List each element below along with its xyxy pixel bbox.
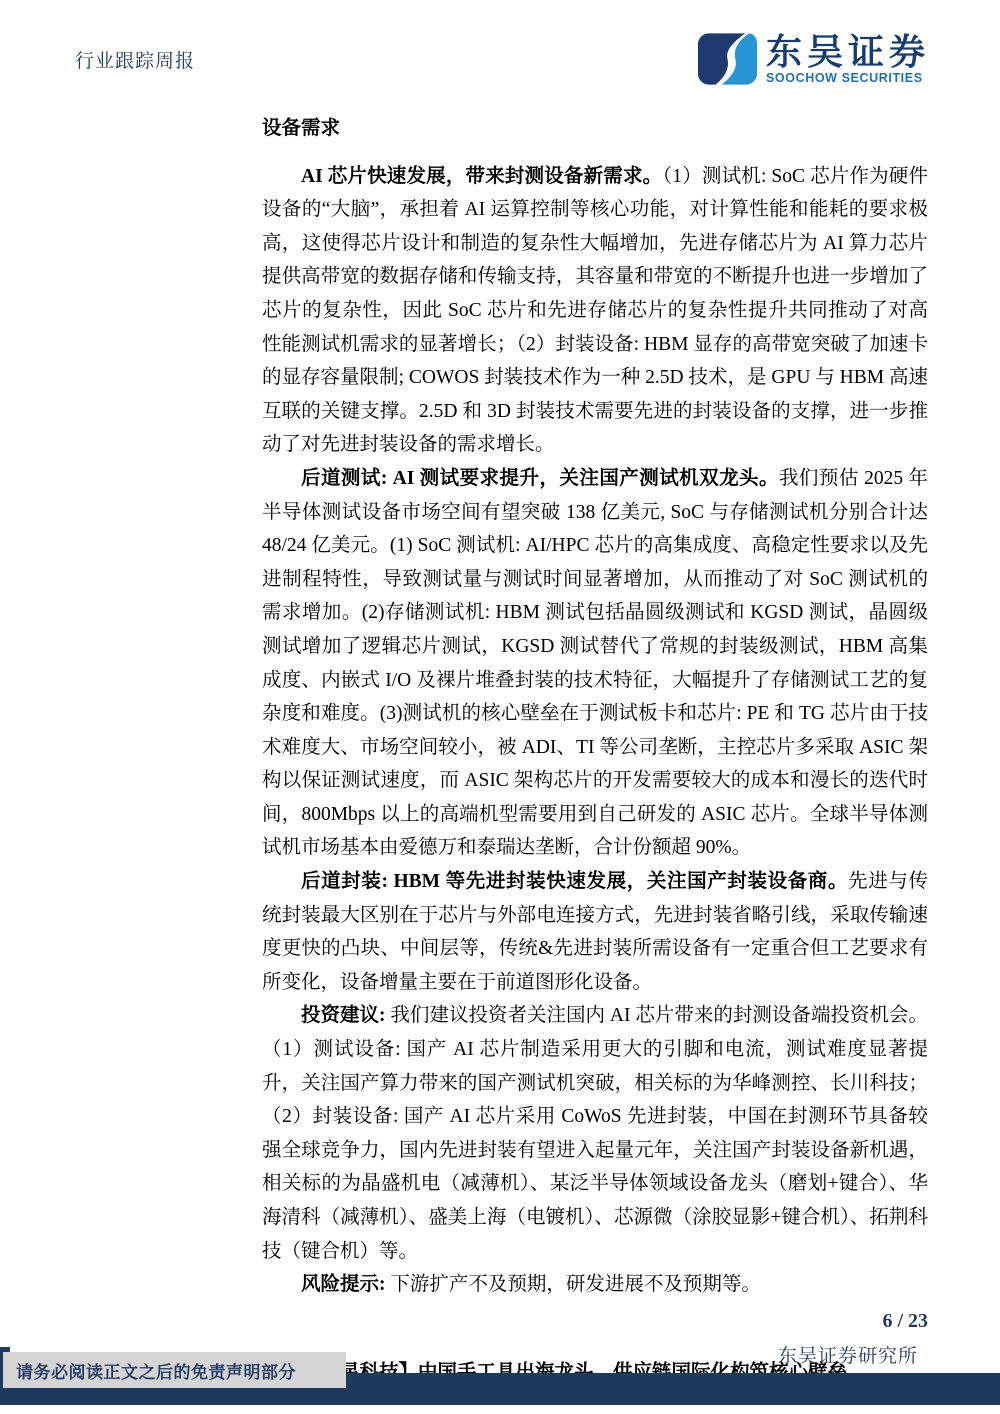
report-body: 设备需求 AI 芯片快速发展，带来封测设备新需求。（1）测试机: SoC 芯片作… <box>262 112 928 1389</box>
paragraph-lead: AI 芯片快速发展，带来封测设备新需求。 <box>301 166 662 187</box>
paragraph-text: 下游扩产不及预期，研发进展不及预期等。 <box>390 1274 761 1295</box>
brand-name-en: SOOCHOW SECURITIES <box>766 71 923 85</box>
paragraph-text: （1）测试机: SoC 芯片作为硬件设备的“大脑”，承担着 AI 运算控制等核心… <box>262 166 928 456</box>
brand-logo: 东吴证券 SOOCHOW SECURITIES <box>698 33 930 85</box>
paragraph-ai-chip-demand: AI 芯片快速发展，带来封测设备新需求。（1）测试机: SoC 芯片作为硬件设备… <box>262 160 928 462</box>
section-title: 设备需求 <box>262 112 928 146</box>
report-page: 行业跟踪周报 东吴证券 SOOCHOW SECURITIES 设备需求 AI 芯… <box>0 0 1000 1414</box>
report-type-label: 行业跟踪周报 <box>75 46 195 73</box>
paragraph-text: 我们建议投资者关注国内 AI 芯片带来的封测设备端投资机会。（1）测试设备: 国… <box>262 1005 928 1261</box>
paragraph-investment-advice: 投资建议: 我们建议投资者关注国内 AI 芯片带来的封测设备端投资机会。（1）测… <box>262 999 928 1268</box>
paragraph-lead: 后道测试: AI 测试要求提升，关注国产测试机双龙头。 <box>301 468 779 489</box>
institute-name: 东吴证券研究所 <box>778 1341 918 1368</box>
paragraph-text: 我们预估 2025 年半导体测试设备市场空间有望突破 138 亿美元, SoC … <box>262 468 928 859</box>
brand-name-cn: 东吴证券 <box>766 33 930 71</box>
brand-logo-text: 东吴证券 SOOCHOW SECURITIES <box>766 33 930 85</box>
paragraph-backend-test: 后道测试: AI 测试要求提升，关注国产测试机双龙头。我们预估 2025 年半导… <box>262 462 928 865</box>
page-number: 6 / 23 <box>882 1310 928 1333</box>
paragraph-lead: 风险提示: <box>301 1274 390 1295</box>
disclaimer-note: 请务必阅读正文之后的免责声明部分 <box>3 1352 346 1388</box>
paragraph-risk-warning: 风险提示: 下游扩产不及预期，研发进展不及预期等。 <box>262 1268 928 1302</box>
paragraph-backend-packaging: 后道封装: HBM 等先进封装快速发展，关注国产封装设备商。先进与传统封装最大区… <box>262 865 928 999</box>
soochow-logo-icon <box>698 33 757 85</box>
paragraph-lead: 投资建议: <box>301 1005 390 1026</box>
paragraph-lead: 后道封装: HBM 等先进封装快速发展，关注国产封装设备商。 <box>301 871 848 892</box>
